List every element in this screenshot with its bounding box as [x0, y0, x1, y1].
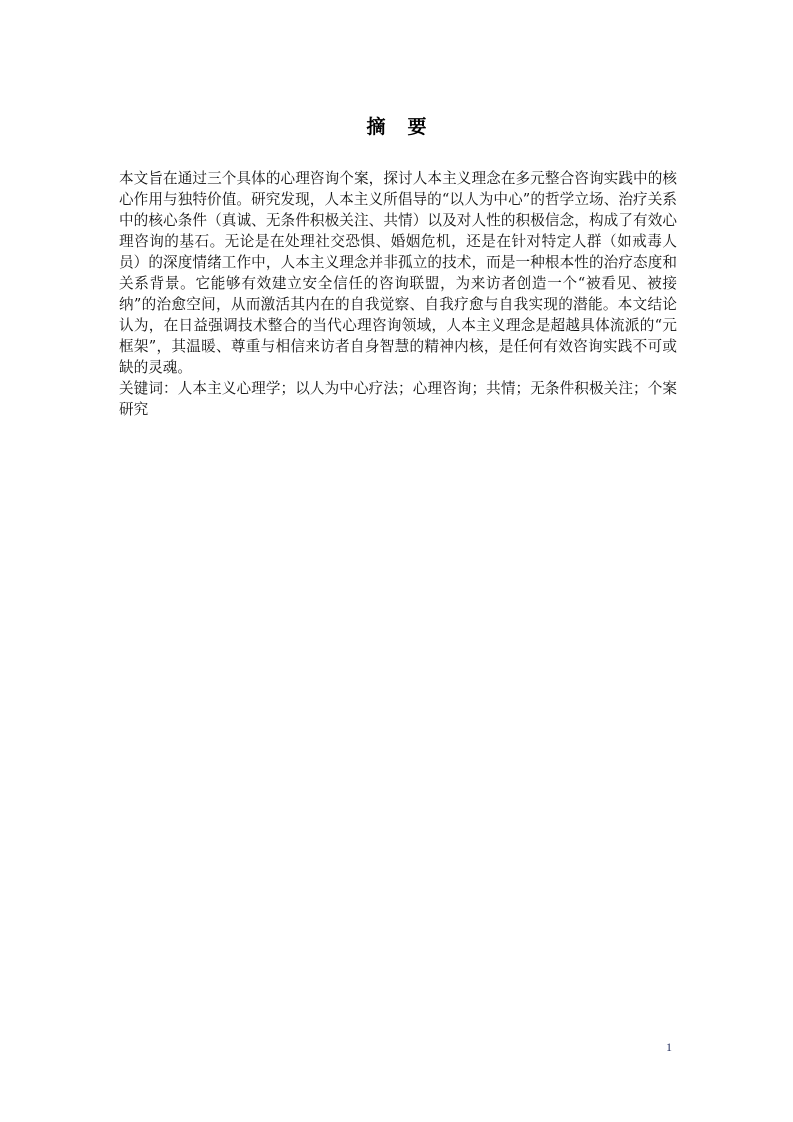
abstract-body: 本文旨在通过三个具体的心理咨询个案，探讨人本主义理念在多元整合咨询实践中的核心作…: [119, 168, 677, 420]
abstract-paragraph: 本文旨在通过三个具体的心理咨询个案，探讨人本主义理念在多元整合咨询实践中的核心作…: [119, 168, 677, 378]
abstract-title-char-1: 摘: [366, 116, 385, 138]
document-page: 摘要 本文旨在通过三个具体的心理咨询个案，探讨人本主义理念在多元整合咨询实践中的…: [0, 0, 793, 1122]
keywords-line: 关键词：人本主义心理学；以人为中心疗法；心理咨询；共情；无条件积极关注；个案研究: [119, 378, 677, 420]
page-number: 1: [666, 1040, 672, 1055]
keywords-text: 人本主义心理学；以人为中心疗法；心理咨询；共情；无条件积极关注；个案研究: [119, 380, 677, 418]
abstract-title: 摘要: [0, 112, 793, 139]
abstract-title-char-2: 要: [408, 116, 427, 138]
keywords-label: 关键词：: [119, 380, 178, 397]
